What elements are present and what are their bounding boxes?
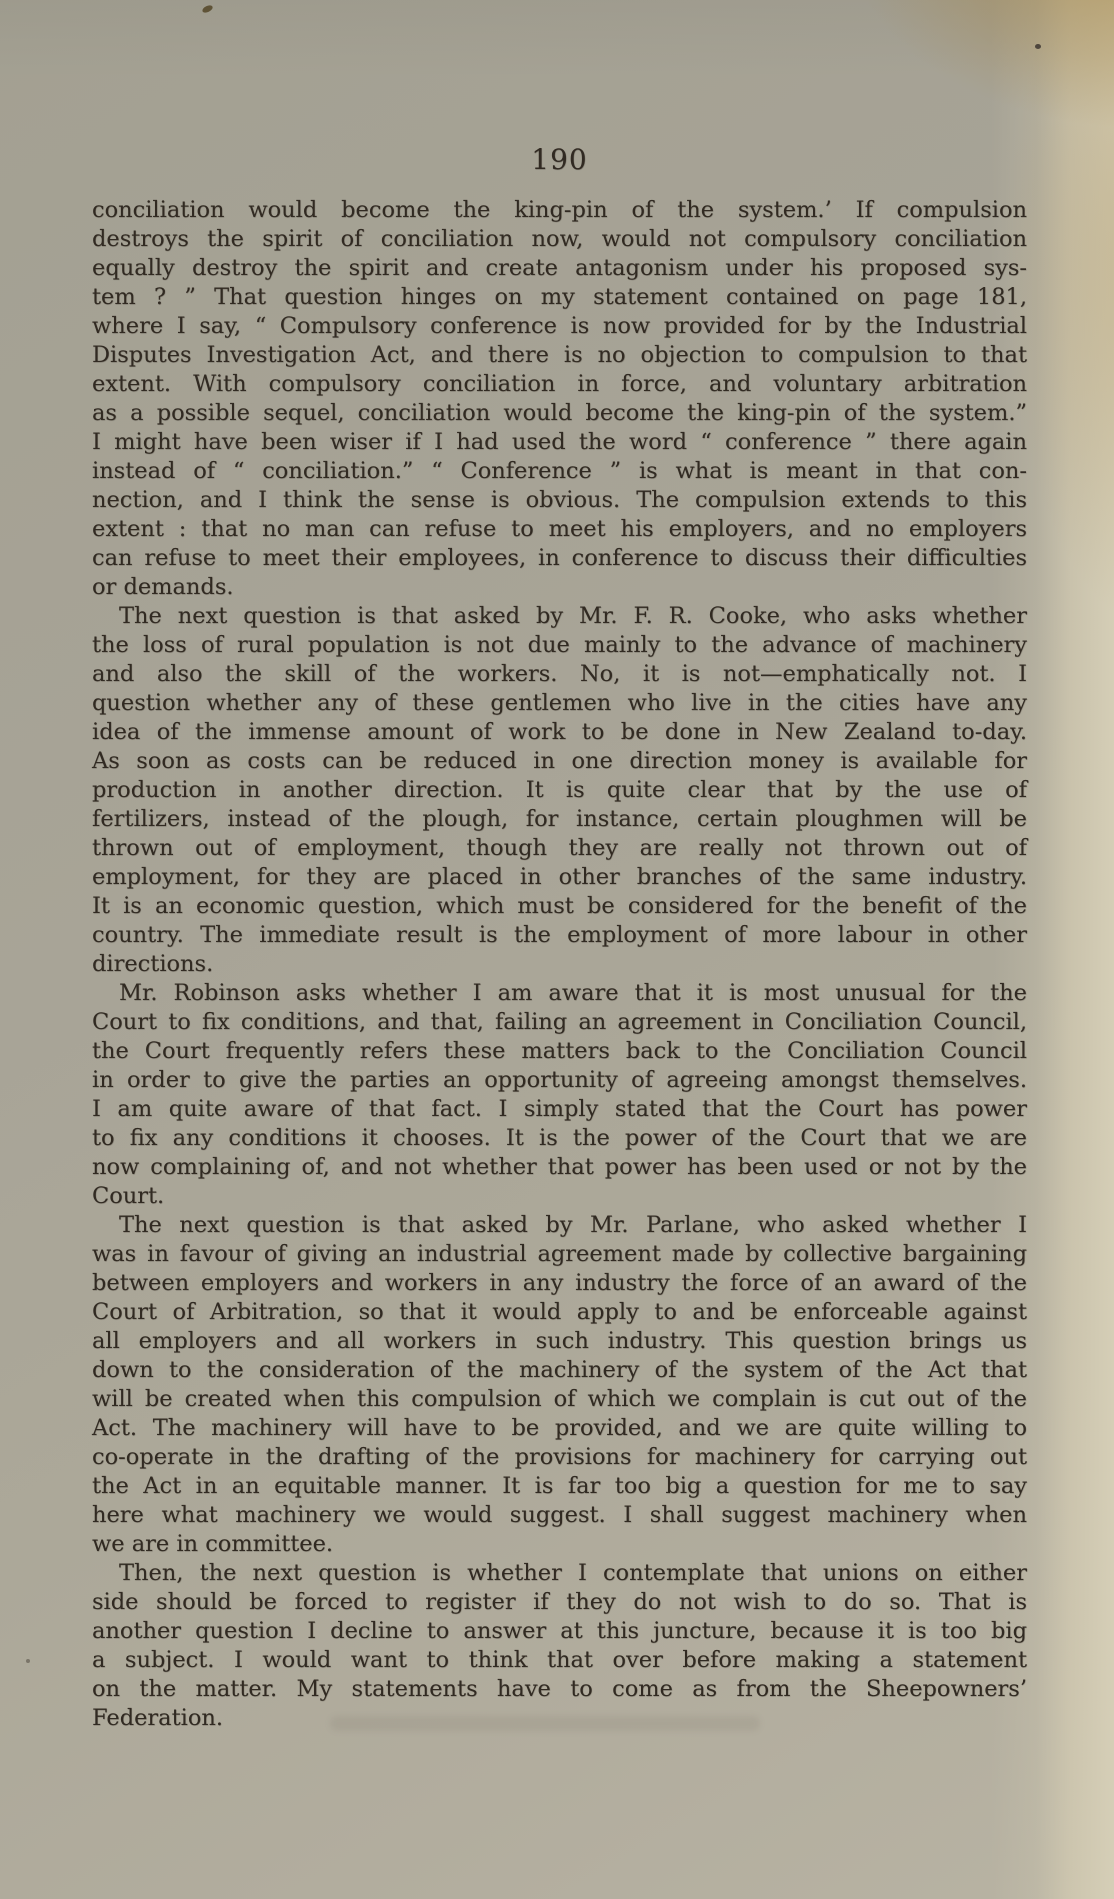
text-line: destroys the spirit of conciliation now,… <box>92 225 1027 254</box>
text-line: here what machinery we would suggest. I … <box>92 1501 1027 1530</box>
ink-speck <box>1035 44 1041 49</box>
text-line: the Court frequently refers these matter… <box>92 1037 1027 1066</box>
text-line: in order to give the parties an opportun… <box>92 1066 1027 1095</box>
text-line: extent. With compulsory conciliation in … <box>92 370 1027 399</box>
text-line: or demands. <box>92 573 1027 602</box>
text-line: directions. <box>92 950 1027 979</box>
text-line: now complaining of, and not whether that… <box>92 1153 1027 1182</box>
paragraph: The next question is that asked by Mr. P… <box>92 1211 1027 1559</box>
text-line: idea of the immense amount of work to be… <box>92 718 1027 747</box>
text-line: instead of “ conciliation.” “ Conference… <box>92 457 1027 486</box>
text-block: conciliation would become the king-pin o… <box>92 196 1027 1733</box>
text-line: on the matter. My statements have to com… <box>92 1675 1027 1704</box>
text-line: where I say, “ Compulsory conference is … <box>92 312 1027 341</box>
text-line: The next question is that asked by Mr. F… <box>92 602 1027 631</box>
text-line: and also the skill of the workers. No, i… <box>92 660 1027 689</box>
text-line: extent : that no man can refuse to meet … <box>92 515 1027 544</box>
text-line: tem ? ” That question hinges on my state… <box>92 283 1027 312</box>
text-line: Court of Arbitration, so that it would a… <box>92 1298 1027 1327</box>
text-line: employment, for they are placed in other… <box>92 863 1027 892</box>
text-line: Then, the next question is whether I con… <box>92 1559 1027 1588</box>
scanned-book-page: 190 conciliation would become the king-p… <box>0 0 1114 1899</box>
text-line: down to the consideration of the machine… <box>92 1356 1027 1385</box>
text-line: country. The immediate result is the emp… <box>92 921 1027 950</box>
text-line: will be created when this compulsion of … <box>92 1385 1027 1414</box>
ink-speck <box>26 1659 30 1663</box>
text-line: question whether any of these gentlemen … <box>92 689 1027 718</box>
text-line: the loss of rural population is not due … <box>92 631 1027 660</box>
text-line: equally destroy the spirit and create an… <box>92 254 1027 283</box>
text-line: As soon as costs can be reduced in one d… <box>92 747 1027 776</box>
text-line: a subject. I would want to think that ov… <box>92 1646 1027 1675</box>
text-line: Court. <box>92 1182 1027 1211</box>
text-line: production in another direction. It is q… <box>92 776 1027 805</box>
text-line: fertilizers, instead of the plough, for … <box>92 805 1027 834</box>
text-line: to fix any conditions it chooses. It is … <box>92 1124 1027 1153</box>
text-line: side should be forced to register if the… <box>92 1588 1027 1617</box>
page-number: 190 <box>92 143 1027 176</box>
text-line: Mr. Robinson asks whether I am aware tha… <box>92 979 1027 1008</box>
text-line: all employers and all workers in such in… <box>92 1327 1027 1356</box>
paragraph: Then, the next question is whether I con… <box>92 1559 1027 1733</box>
text-line: thrown out of employment, though they ar… <box>92 834 1027 863</box>
text-line: between employers and workers in any ind… <box>92 1269 1027 1298</box>
text-line: Disputes Investigation Act, and there is… <box>92 341 1027 370</box>
text-line: the Act in an equitable manner. It is fa… <box>92 1472 1027 1501</box>
text-line: Court to fix conditions, and that, faili… <box>92 1008 1027 1037</box>
text-line: was in favour of giving an industrial ag… <box>92 1240 1027 1269</box>
text-line: Act. The machinery will have to be provi… <box>92 1414 1027 1443</box>
text-line: conciliation would become the king-pin o… <box>92 196 1027 225</box>
ink-speck <box>201 4 214 14</box>
text-line: The next question is that asked by Mr. P… <box>92 1211 1027 1240</box>
paragraph: The next question is that asked by Mr. F… <box>92 602 1027 979</box>
text-line: we are in committee. <box>92 1530 1027 1559</box>
show-through-smudge <box>330 1716 760 1731</box>
text-line: It is an economic question, which must b… <box>92 892 1027 921</box>
paragraph: Mr. Robinson asks whether I am aware tha… <box>92 979 1027 1211</box>
text-line: I am quite aware of that fact. I simply … <box>92 1095 1027 1124</box>
text-line: nection, and I think the sense is obviou… <box>92 486 1027 515</box>
text-line: co-operate in the drafting of the provis… <box>92 1443 1027 1472</box>
text-line: as a possible sequel, conciliation would… <box>92 399 1027 428</box>
text-line: can refuse to meet their employees, in c… <box>92 544 1027 573</box>
text-line: another question I decline to answer at … <box>92 1617 1027 1646</box>
paragraph: conciliation would become the king-pin o… <box>92 196 1027 602</box>
text-line: I might have been wiser if I had used th… <box>92 428 1027 457</box>
